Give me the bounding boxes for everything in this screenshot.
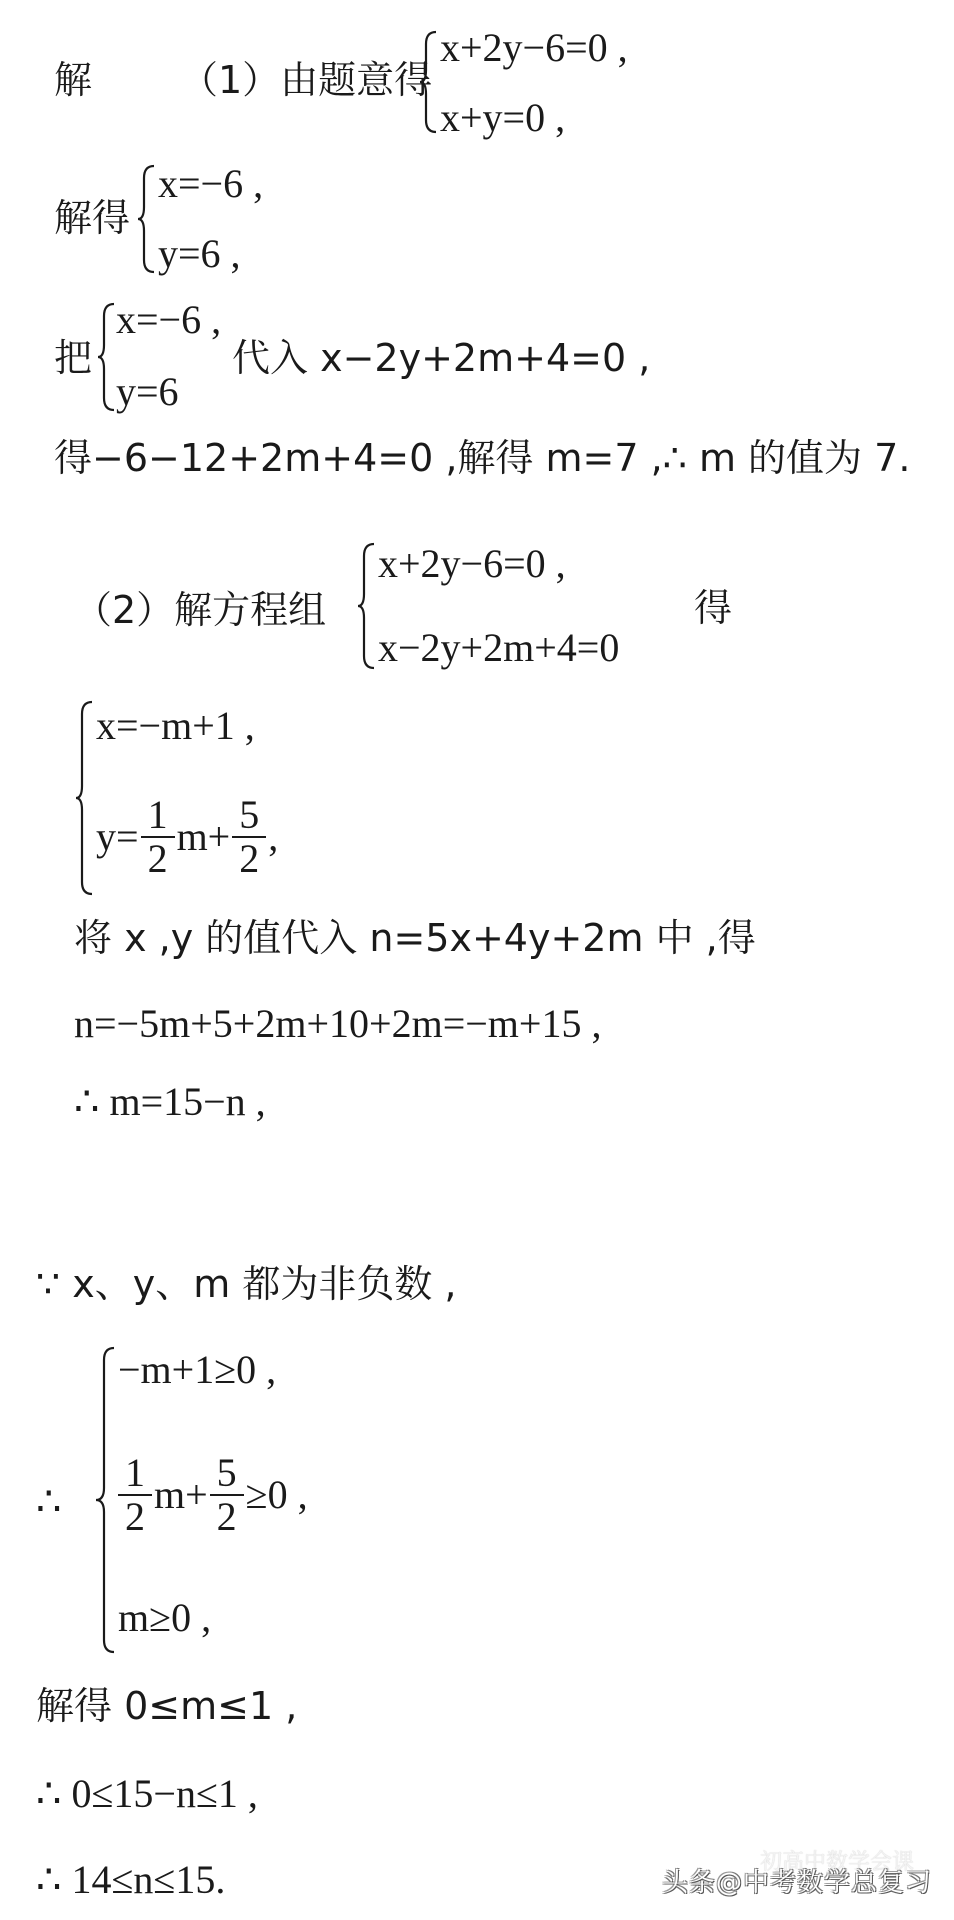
substitute-line: 将 x ,y 的值代入 n=5x+4y+2m 中 ,得 bbox=[74, 916, 756, 960]
brace-icon bbox=[356, 542, 378, 670]
final-answer: ∴ 14≤n≤15. bbox=[36, 1858, 225, 1902]
range-m: 解得 0≤m≤1 , bbox=[36, 1684, 297, 1728]
substitute-label: 把 bbox=[54, 336, 92, 380]
fraction: 5 2 bbox=[210, 1452, 244, 1538]
fraction: 1 2 bbox=[141, 794, 175, 880]
solution1-x: x=−6 , bbox=[158, 162, 263, 206]
de-label: 得 bbox=[694, 586, 732, 630]
y-mid: m+ bbox=[177, 815, 231, 859]
system1-eq2: x+y=0 , bbox=[440, 96, 565, 140]
solve-label: 解得 bbox=[54, 196, 130, 240]
solution-label: 解 bbox=[54, 58, 92, 102]
sub-system-x: x=−6 , bbox=[116, 298, 221, 342]
therefore-symbol: ∴ bbox=[36, 1480, 61, 1524]
since-line: ∵ x、y、m 都为非负数 , bbox=[36, 1262, 457, 1306]
y-suffix: , bbox=[268, 815, 278, 859]
watermark: 头条@中考数学总复习 bbox=[662, 1862, 932, 1899]
substitute-text: 代入 x−2y+2m+4=0 , bbox=[232, 336, 650, 380]
fraction: 5 2 bbox=[232, 794, 266, 880]
fraction: 1 2 bbox=[118, 1452, 152, 1538]
brace-icon bbox=[96, 302, 118, 412]
solution2-y: y= 1 2 m+ 5 2 , bbox=[96, 794, 278, 880]
range-substituted: ∴ 0≤15−n≤1 , bbox=[36, 1772, 258, 1816]
inequality-3: m≥0 , bbox=[118, 1596, 211, 1640]
system2-eq2: x−2y+2m+4=0 bbox=[378, 626, 619, 670]
brace-icon bbox=[74, 700, 96, 896]
n-line: n=−5m+5+2m+10+2m=−m+15 , bbox=[74, 1002, 601, 1046]
part1-result: 得−6−12+2m+4=0 ,解得 m=7 ,∴ m 的值为 7. bbox=[54, 436, 910, 480]
solution1-y: y=6 , bbox=[158, 232, 241, 276]
system1-eq1: x+2y−6=0 , bbox=[440, 26, 628, 70]
sub-system-y: y=6 bbox=[116, 370, 179, 414]
system2-eq1: x+2y−6=0 , bbox=[378, 542, 566, 586]
part2-intro: （2）解方程组 bbox=[74, 588, 326, 632]
inequality-2: 1 2 m+ 5 2 ≥0 , bbox=[116, 1452, 308, 1538]
brace-icon bbox=[94, 1346, 118, 1654]
inequality-1: −m+1≥0 , bbox=[118, 1348, 276, 1392]
brace-icon bbox=[136, 164, 158, 274]
m-line: ∴ m=15−n , bbox=[74, 1080, 266, 1124]
y-prefix: y= bbox=[96, 815, 139, 859]
solution2-x: x=−m+1 , bbox=[96, 704, 255, 748]
part1-intro: （1）由题意得 bbox=[180, 58, 432, 102]
brace-icon bbox=[418, 30, 440, 134]
